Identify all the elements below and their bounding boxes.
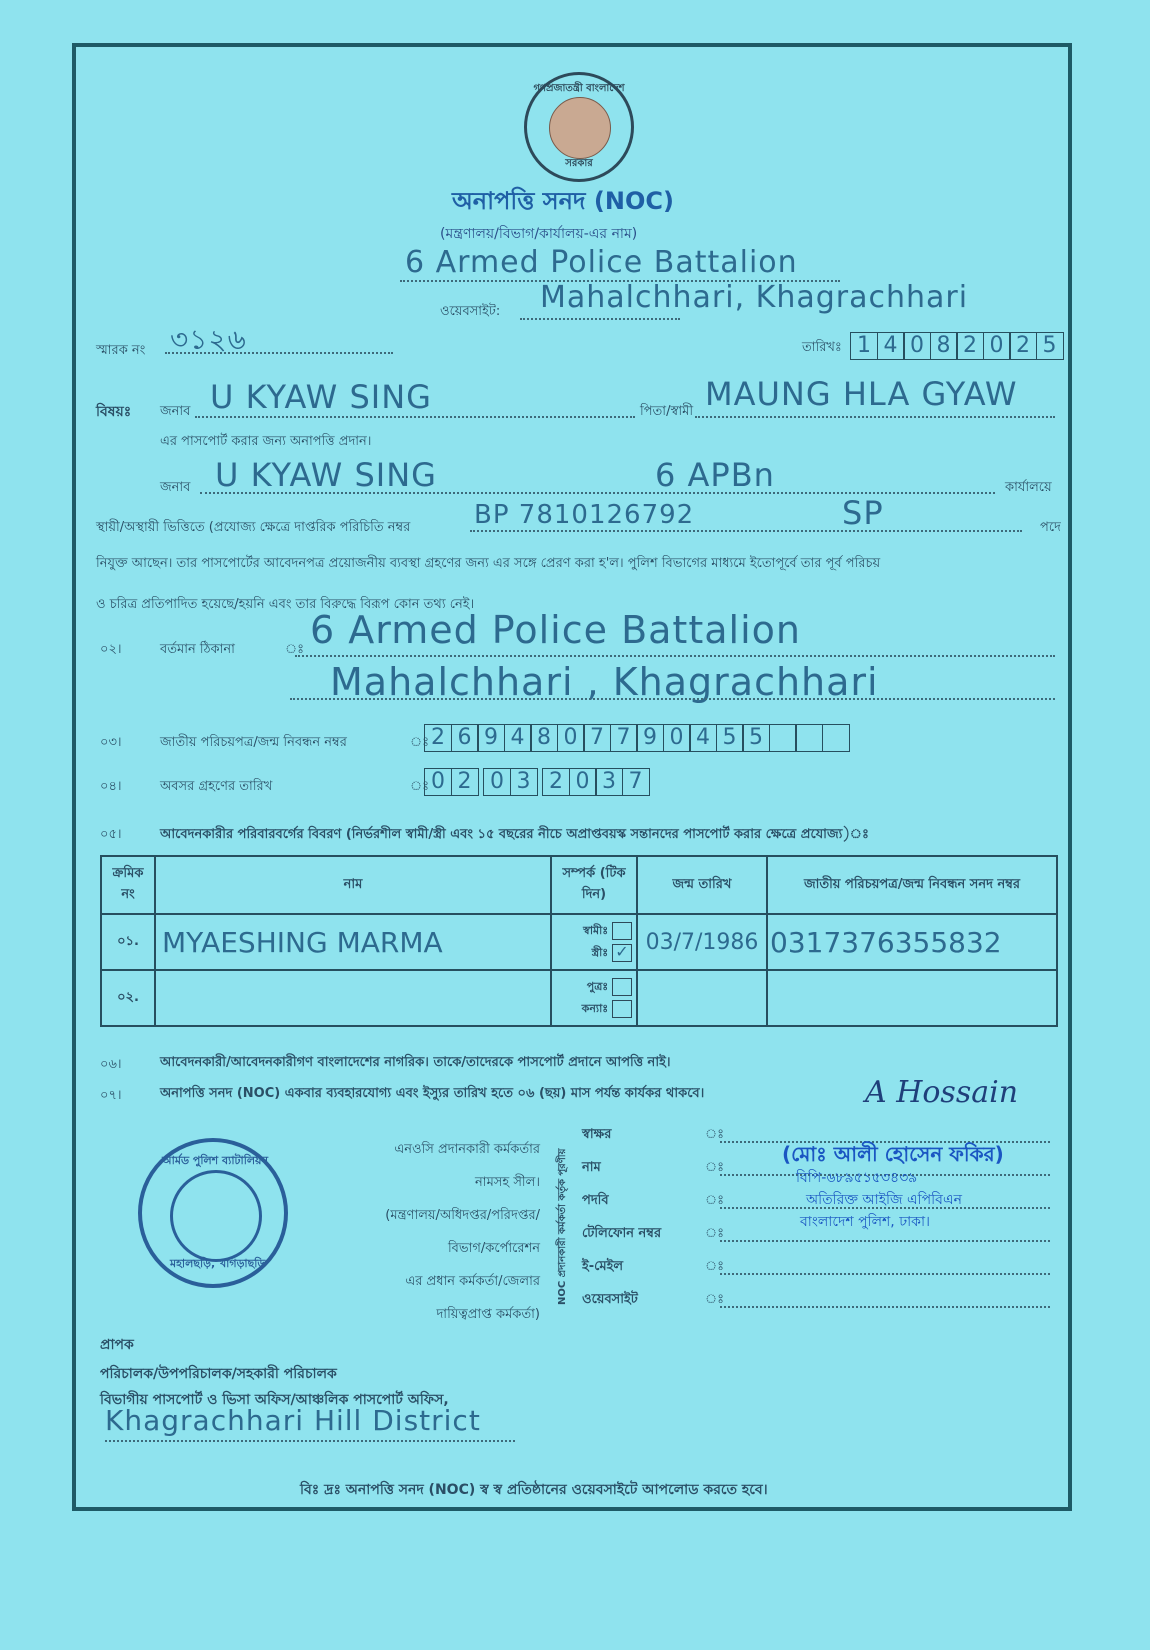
issuer-field-label: নাম bbox=[582, 1158, 601, 1179]
digit-box[interactable]: 0 bbox=[663, 724, 691, 752]
row-name[interactable]: MYAESHING MARMA bbox=[155, 914, 551, 970]
col-name: নাম bbox=[155, 856, 551, 914]
recipient-label: প্রাপক bbox=[100, 1333, 134, 1357]
digit-box[interactable]: 4 bbox=[504, 724, 532, 752]
document-subtitle: (মন্ত্রণালয়/বিভাগ/কার্যালয়-এর নাম) bbox=[440, 222, 637, 246]
digit-box[interactable]: 5 bbox=[742, 724, 770, 752]
website-line bbox=[520, 318, 680, 320]
emblem-center-icon bbox=[549, 97, 611, 159]
signature: A Hossain bbox=[865, 1075, 1018, 1110]
issuer-desc-line: এর প্রধান কর্মকর্তা/জেলার bbox=[405, 1272, 540, 1293]
item-06-number: ০৬। bbox=[100, 1055, 122, 1076]
memo-line bbox=[165, 352, 393, 354]
item-07-text: অনাপত্তি সনদ (NOC) একবার ব্যবহারযোগ্য এব… bbox=[160, 1084, 704, 1105]
item-04-label: অবসর গ্রহণের তারিখ bbox=[160, 777, 272, 798]
present-address-line1[interactable]: 6 Armed Police Battalion bbox=[310, 608, 801, 652]
website-label: ওয়েবসাইট: bbox=[440, 302, 500, 323]
issuer-field-label: ওয়েবসাইট bbox=[582, 1290, 638, 1311]
col-serial: ক্রমিক নং bbox=[101, 856, 155, 914]
row-name[interactable] bbox=[155, 970, 551, 1026]
table-row: ০১.MYAESHING MARMAস্বামীঃ স্ত্রীঃ ✓03/7/… bbox=[101, 914, 1057, 970]
body-applicant-name[interactable]: U KYAW SING bbox=[215, 456, 437, 494]
memo-label: স্মারক নং bbox=[96, 341, 145, 362]
family-table: ক্রমিক নং নাম সম্পর্ক (টিক দিন) জন্ম তার… bbox=[100, 855, 1058, 1027]
recipient-line bbox=[105, 1440, 515, 1442]
subject-name-line bbox=[195, 416, 635, 418]
date-field[interactable]: 14082025 bbox=[850, 332, 1062, 360]
official-id[interactable]: BP 7810126792 bbox=[474, 500, 694, 530]
issuer-desc-line: (মন্ত্রণালয়/অধিদপ্তর/পরিদপ্তর/ bbox=[385, 1206, 540, 1227]
father-name[interactable]: MAUNG HLA GYAW bbox=[705, 375, 1018, 413]
digit-box[interactable] bbox=[795, 724, 823, 752]
document-title: অনাপত্তি সনদ (NOC) bbox=[452, 183, 674, 223]
emblem-bottom-text: সরকার bbox=[527, 156, 631, 173]
body-paragraph-1: নিযুক্ত আছেন। তার পাসপোর্টের আবেদনপত্র প… bbox=[96, 554, 880, 575]
digit-box[interactable]: 0 bbox=[569, 768, 597, 796]
row-dob[interactable] bbox=[637, 970, 767, 1026]
digit-box[interactable]: 9 bbox=[636, 724, 664, 752]
digit-box[interactable]: 3 bbox=[510, 768, 538, 796]
relation-checkbox[interactable] bbox=[612, 1000, 632, 1018]
item-03-number: ০৩। bbox=[100, 733, 122, 754]
digit-box[interactable]: 2 bbox=[542, 768, 570, 796]
item-06-text: আবেদনকারী/আবেদনকারীগণ বাংলাদেশের নাগরিক।… bbox=[160, 1053, 671, 1074]
post-value[interactable]: SP bbox=[842, 494, 884, 532]
digit-box[interactable]: 5 bbox=[716, 724, 744, 752]
digit-box[interactable]: 3 bbox=[595, 768, 623, 796]
item-07-number: ০৭। bbox=[100, 1086, 122, 1107]
relation-label: স্বামীঃ bbox=[583, 924, 612, 937]
officer-bp-stamp: বিপি-৬৮৯৫১৫৩৪৩৯ bbox=[796, 1166, 917, 1190]
subject-line2: এর পাসপোর্ট করার জন্য অনাপত্তি প্রদান। bbox=[160, 432, 371, 453]
digit-box[interactable]: 9 bbox=[477, 724, 505, 752]
digit-box[interactable]: 7 bbox=[583, 724, 611, 752]
issuer-desc-line: দায়িত্বপ্রাপ্ত কর্মকর্তা) bbox=[436, 1305, 540, 1326]
row-relation: স্বামীঃ স্ত্রীঃ ✓ bbox=[551, 914, 637, 970]
body-office[interactable]: 6 APBn bbox=[655, 456, 775, 494]
digit-box[interactable]: 6 bbox=[451, 724, 479, 752]
item-02-number: ০২। bbox=[100, 640, 122, 661]
address-line2 bbox=[290, 698, 1055, 700]
digit-box[interactable]: 2 bbox=[424, 724, 452, 752]
digit-box[interactable]: 2 bbox=[956, 332, 984, 360]
issuer-desc-line: বিভাগ/কর্পোরেশন bbox=[448, 1239, 540, 1260]
digit-box[interactable]: 7 bbox=[610, 724, 638, 752]
digit-box[interactable]: 0 bbox=[903, 332, 931, 360]
seal-inner-ring bbox=[170, 1170, 262, 1262]
item-05-label: আবেদনকারীর পরিবারবর্গের বিবরণ (নির্ভরশীল… bbox=[160, 825, 869, 846]
officer-org-stamp: বাংলাদেশ পুলিশ, ঢাকা। bbox=[800, 1210, 930, 1234]
digit-box[interactable]: 8 bbox=[530, 724, 558, 752]
nid-field[interactable]: 2694807790455 bbox=[424, 724, 848, 752]
digit-box[interactable] bbox=[769, 724, 797, 752]
subject-applicant-name[interactable]: U KYAW SING bbox=[210, 378, 432, 416]
digit-box[interactable]: 0 bbox=[424, 768, 452, 796]
relation-label: পুত্রঃ bbox=[587, 980, 612, 993]
subject-janab-label: জনাব bbox=[160, 402, 190, 423]
row-relation: পুত্রঃ কন্যাঃ bbox=[551, 970, 637, 1026]
emblem-top-text: গণপ্রজাতন্ত্রী বাংলাদেশ bbox=[527, 81, 631, 98]
retirement-date-field[interactable]: 02032037 bbox=[424, 768, 648, 796]
issuer-field-input[interactable] bbox=[720, 1240, 1050, 1242]
address-line1 bbox=[295, 655, 1055, 657]
row-serial: ০১. bbox=[101, 914, 155, 970]
recipient-line1: পরিচালক/উপপরিচালক/সহকারী পরিচালক bbox=[100, 1362, 337, 1386]
post-suffix: পদে bbox=[1040, 518, 1061, 539]
row-nid[interactable] bbox=[767, 970, 1057, 1026]
col-relation: সম্পর্ক (টিক দিন) bbox=[551, 856, 637, 914]
id-line bbox=[470, 530, 1022, 532]
digit-box[interactable]: 7 bbox=[622, 768, 650, 796]
item-03-label: জাতীয় পরিচয়পত্র/জন্ম নিবন্ধন নম্বর bbox=[160, 733, 347, 754]
issuer-field-input[interactable] bbox=[720, 1273, 1050, 1275]
father-name-line bbox=[695, 416, 1055, 418]
row-dob[interactable]: 03/7/1986 bbox=[637, 914, 767, 970]
relation-checkbox[interactable] bbox=[612, 922, 632, 940]
body-janab-label: জনাব bbox=[160, 478, 190, 499]
item-05-number: ০৫। bbox=[100, 825, 122, 846]
relation-label: স্ত্রীঃ bbox=[592, 946, 612, 959]
issuer-field-label: স্বাক্ষর bbox=[582, 1125, 611, 1146]
item-02-label: বর্তমান ঠিকানা bbox=[160, 640, 235, 661]
subject-label: বিষয়ঃ bbox=[96, 400, 131, 424]
office-name[interactable]: 6 Armed Police Battalion bbox=[405, 245, 798, 280]
table-row: ০২.পুত্রঃ কন্যাঃ bbox=[101, 970, 1057, 1026]
digit-box[interactable]: 0 bbox=[557, 724, 585, 752]
officer-designation-stamp: অতিরিক্ত আইজি এপিবিএন bbox=[806, 1188, 962, 1212]
father-label: পিতা/স্বামী bbox=[640, 402, 693, 423]
vertical-label: NOC প্রদানকারী কর্মকর্তা কর্তৃক পূরণীয় bbox=[555, 1148, 572, 1305]
relation-checkbox[interactable]: ✓ bbox=[612, 944, 632, 962]
digit-box[interactable] bbox=[822, 724, 850, 752]
item-04-number: ০৪। bbox=[100, 777, 122, 798]
memo-number[interactable]: ৩১২৬ bbox=[170, 318, 247, 365]
issuer-field-label: ই-মেইল bbox=[582, 1257, 623, 1278]
issuer-desc-line: নামসহ সীল। bbox=[475, 1173, 540, 1194]
digit-box[interactable]: 4 bbox=[689, 724, 717, 752]
seal-bottom-text: মহালছড়ি, খাগড়াছড়ি bbox=[170, 1255, 265, 1274]
row-nid[interactable]: 0317376355832 bbox=[767, 914, 1057, 970]
website-value[interactable]: Mahalchhari, Khagrachhari bbox=[540, 280, 968, 315]
relation-checkbox[interactable] bbox=[612, 978, 632, 996]
recipient-office[interactable]: Khagrachhari Hill District bbox=[105, 1404, 481, 1437]
relation-label: কন্যাঃ bbox=[582, 1002, 612, 1015]
digit-box[interactable]: 0 bbox=[983, 332, 1011, 360]
digit-box[interactable]: 0 bbox=[483, 768, 511, 796]
col-nid: জাতীয় পরিচয়পত্র/জন্ম নিবন্ধন সনদ নম্বর bbox=[767, 856, 1057, 914]
digit-box[interactable]: 2 bbox=[451, 768, 479, 796]
digit-box[interactable]: 8 bbox=[930, 332, 958, 360]
issuer-field-input[interactable] bbox=[720, 1306, 1050, 1308]
row-serial: ০২. bbox=[101, 970, 155, 1026]
date-label: তারিখঃ bbox=[802, 338, 842, 359]
battalion-seal: আর্মড পুলিশ ব্যাটালিয়ন মহালছড়ি, খাগড়া… bbox=[138, 1138, 288, 1288]
seal-top-text: আর্মড পুলিশ ব্যাটালিয়ন bbox=[162, 1152, 268, 1171]
col-dob: জন্ম তারিখ bbox=[637, 856, 767, 914]
digit-box[interactable]: 1 bbox=[850, 332, 878, 360]
issuer-field-label: টেলিফোন নম্বর bbox=[582, 1224, 661, 1245]
government-emblem: গণপ্রজাতন্ত্রী বাংলাদেশ সরকার bbox=[524, 72, 634, 182]
id-prefix-text: স্থায়ী/অস্থায়ী ভিত্তিতে (প্রযোজ্য ক্ষে… bbox=[96, 518, 410, 539]
digit-box[interactable]: 4 bbox=[877, 332, 905, 360]
digit-box[interactable]: 5 bbox=[1036, 332, 1064, 360]
footer-note: বিঃ দ্রঃ অনাপত্তি সনদ (NOC) স্ব স্ব প্রত… bbox=[300, 1478, 768, 1502]
issuer-field-label: পদবি bbox=[582, 1191, 609, 1212]
issuer-desc-line: এনওসি প্রদানকারী কর্মকর্তার bbox=[394, 1140, 540, 1161]
colon: ঃ bbox=[285, 640, 304, 661]
digit-box[interactable]: 2 bbox=[1009, 332, 1037, 360]
office-suffix: কার্যালয়ে bbox=[1005, 478, 1052, 499]
